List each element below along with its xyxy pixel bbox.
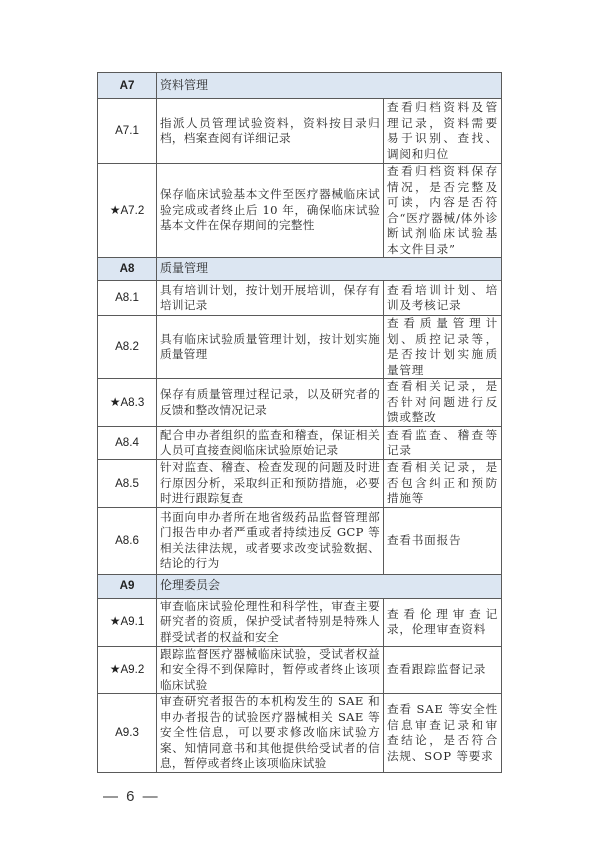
item-code: A8.5 xyxy=(98,460,157,508)
section-title: 质量管理 xyxy=(157,258,502,281)
section-header-a7: A7 资料管理 xyxy=(98,73,502,99)
table-row: A8.1 具有培训计划，按计划开展培训，保存有培训记录 查看培训计划、培训及考核… xyxy=(98,281,502,316)
criterion-text: 具有临床试验质量管理计划，按计划实施质量管理 xyxy=(157,316,384,379)
section-title: 资料管理 xyxy=(157,73,502,99)
star-icon: ★ xyxy=(110,614,121,628)
table-row: A8.2 具有临床试验质量管理计划，按计划实施质量管理 查看质量管理计划、质控记… xyxy=(98,316,502,379)
method-text: 查看相关记录，是否针对问题进行反馈或整改 xyxy=(384,379,502,427)
table-row: ★A9.1 审查临床试验伦理性和科学性，审查主要研究者的资质，保护受试者特别是特… xyxy=(98,598,502,646)
method-text: 查看跟踪监督记录 xyxy=(384,646,502,694)
method-text: 查看归档资料保存情况，是否完整及可读，内容是否符合“医疗器械/体外诊断试剂临床试… xyxy=(384,164,502,258)
criterion-text: 跟踪监督医疗器械临床试验，受试者权益和安全得不到保障时，暂停或者终止该项临床试验 xyxy=(157,646,384,694)
star-icon: ★ xyxy=(110,662,121,676)
criterion-text: 配合申办者组织的监查和稽查，保证相关人员可直接查阅临床试验原始记录 xyxy=(157,427,384,460)
table-row: A8.6 书面向申办者所在地省级药品监督管理部门报告申办者严重或者持续违反 GC… xyxy=(98,507,502,574)
section-header-a9: A9 伦理委员会 xyxy=(98,574,502,598)
evaluation-table: A7 资料管理 A7.1 指派人员管理试验资料，资料按目录归档，档案查阅有详细记… xyxy=(97,72,502,773)
criterion-text: 审查研究者报告的本机构发生的 SAE 和申办者报告的试验医疗器械相关 SAE 等… xyxy=(157,694,384,773)
section-header-a8: A8 质量管理 xyxy=(98,258,502,281)
item-code: ★A9.1 xyxy=(98,598,157,646)
item-code: ★A8.3 xyxy=(98,379,157,427)
method-text: 查看伦理审查记录，伦理审查资料 xyxy=(384,598,502,646)
section-title: 伦理委员会 xyxy=(157,574,502,598)
criterion-text: 审查临床试验伦理性和科学性，审查主要研究者的资质，保护受试者特别是特殊人群受试者… xyxy=(157,598,384,646)
item-code: A8.2 xyxy=(98,316,157,379)
method-text: 查看培训计划、培训及考核记录 xyxy=(384,281,502,316)
criterion-text: 具有培训计划，按计划开展培训，保存有培训记录 xyxy=(157,281,384,316)
method-text: 查看书面报告 xyxy=(384,507,502,574)
document-page: A7 资料管理 A7.1 指派人员管理试验资料，资料按目录归档，档案查阅有详细记… xyxy=(0,0,600,848)
criterion-text: 书面向申办者所在地省级药品监督管理部门报告申办者严重或者持续违反 GCP 等相关… xyxy=(157,507,384,574)
section-code: A8 xyxy=(98,258,157,281)
table-row: A9.3 审查研究者报告的本机构发生的 SAE 和申办者报告的试验医疗器械相关 … xyxy=(98,694,502,773)
item-code: A8.1 xyxy=(98,281,157,316)
table-row: A8.5 针对监查、稽查、检查发现的问题及时进行原因分析，采取纠正和预防措施，必… xyxy=(98,460,502,508)
item-code: A8.4 xyxy=(98,427,157,460)
method-text: 查看 SAE 等安全性信息审查记录和审查结论，是否符合法规、SOP 等要求 xyxy=(384,694,502,773)
page-number: — 6 — xyxy=(103,788,160,805)
section-code: A7 xyxy=(98,73,157,99)
item-code: ★A7.2 xyxy=(98,164,157,258)
method-text: 查看质量管理计划、质控记录等，是否按计划实施质量管理 xyxy=(384,316,502,379)
star-icon: ★ xyxy=(110,203,121,217)
criterion-text: 保存临床试验基本文件至医疗器械临床试验完成或者终止后 10 年，确保临床试验基本… xyxy=(157,164,384,258)
item-code: A9.3 xyxy=(98,694,157,773)
table-row: ★A8.3 保存有质量管理过程记录，以及研究者的反馈和整改情况记录 查看相关记录… xyxy=(98,379,502,427)
star-icon: ★ xyxy=(110,395,121,409)
criterion-text: 指派人员管理试验资料，资料按目录归档，档案查阅有详细记录 xyxy=(157,99,384,164)
method-text: 查看监查、稽查等记录 xyxy=(384,427,502,460)
item-code: A7.1 xyxy=(98,99,157,164)
criterion-text: 针对监查、稽查、检查发现的问题及时进行原因分析，采取纠正和预防措施，必要时进行跟… xyxy=(157,460,384,508)
criterion-text: 保存有质量管理过程记录，以及研究者的反馈和整改情况记录 xyxy=(157,379,384,427)
table-row: ★A7.2 保存临床试验基本文件至医疗器械临床试验完成或者终止后 10 年，确保… xyxy=(98,164,502,258)
section-code: A9 xyxy=(98,574,157,598)
item-code: A8.6 xyxy=(98,507,157,574)
table-row: A7.1 指派人员管理试验资料，资料按目录归档，档案查阅有详细记录 查看归档资料… xyxy=(98,99,502,164)
table-row: ★A9.2 跟踪监督医疗器械临床试验，受试者权益和安全得不到保障时，暂停或者终止… xyxy=(98,646,502,694)
item-code: ★A9.2 xyxy=(98,646,157,694)
method-text: 查看相关记录，是否包含纠正和预防措施等 xyxy=(384,460,502,508)
method-text: 查看归档资料及管理记录，资料需要易于识别、查找、调阅和归位 xyxy=(384,99,502,164)
table-row: A8.4 配合申办者组织的监查和稽查，保证相关人员可直接查阅临床试验原始记录 查… xyxy=(98,427,502,460)
